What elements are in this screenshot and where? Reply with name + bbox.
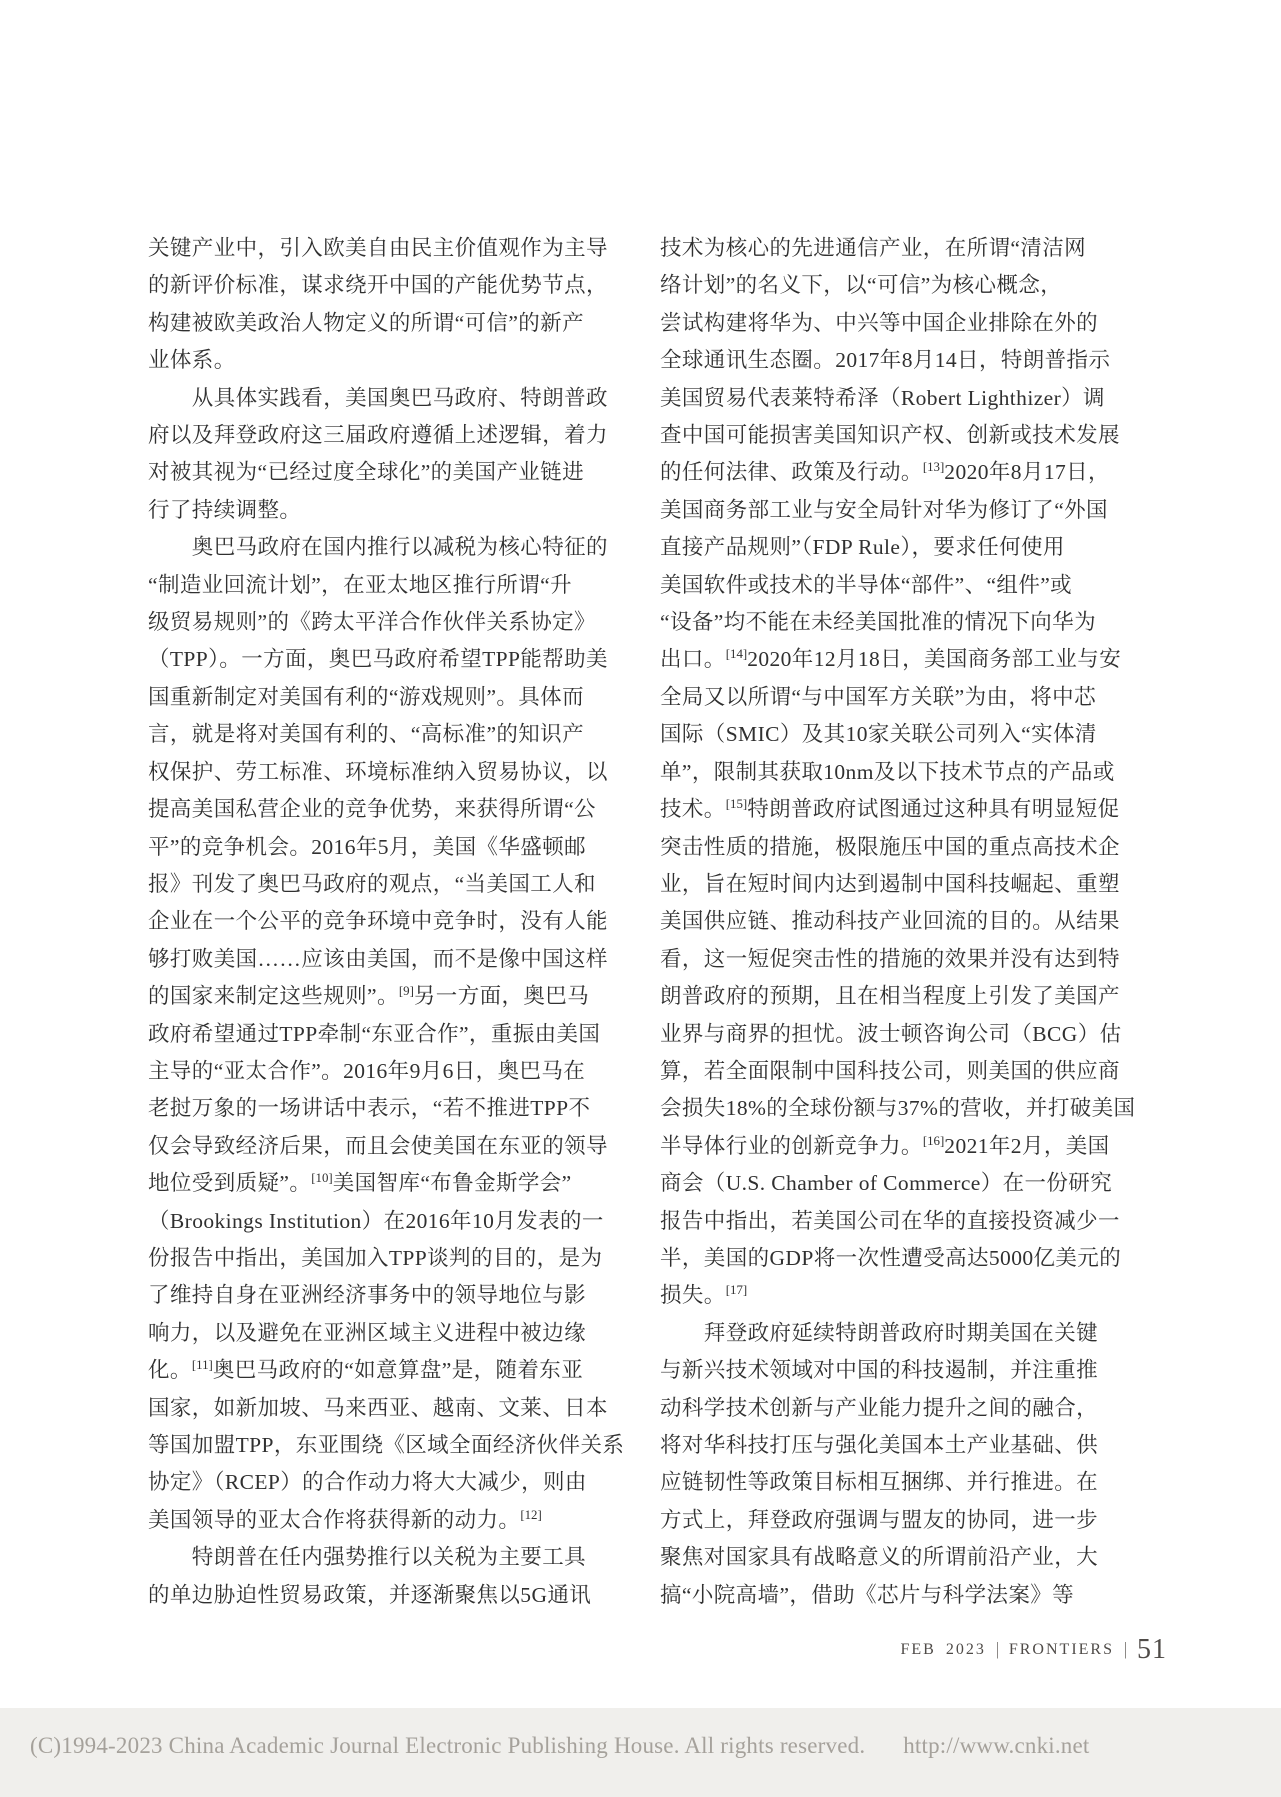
text-line: 商会（U.S. Chamber of Commerce）在一份研究 bbox=[660, 1165, 1148, 1202]
footer-page-number: 51 bbox=[1137, 1634, 1167, 1666]
page-footer: FEB 2023 | FRONTIERS | 51 bbox=[901, 1634, 1168, 1666]
text-line: 出口。[14]2020年12月18日，美国商务部工业与安 bbox=[660, 641, 1148, 678]
text-line: 国重新制定对美国有利的“游戏规则”。具体而 bbox=[148, 679, 636, 716]
text-line: 等国加盟TPP，东亚围绕《区域全面经济伙伴关系 bbox=[148, 1427, 636, 1464]
text-line: 突击性质的措施，极限施压中国的重点高技术企 bbox=[660, 829, 1148, 866]
text-line: 级贸易规则”的《跨太平洋合作伙伴关系协定》 bbox=[148, 604, 636, 641]
text-line: 够打败美国……应该由美国，而不是像中国这样 bbox=[148, 941, 636, 978]
text-line: 美国供应链、推动科技产业回流的目的。从结果 bbox=[660, 903, 1148, 940]
text-line: 与新兴技术领域对中国的科技遏制，并注重推 bbox=[660, 1352, 1148, 1389]
text-line: 半导体行业的创新竞争力。[16]2021年2月，美国 bbox=[660, 1128, 1148, 1165]
text-line: 算，若全面限制中国科技公司，则美国的供应商 bbox=[660, 1053, 1148, 1090]
text-line: “设备”均不能在未经美国批准的情况下向华为 bbox=[660, 604, 1148, 641]
text-line: 拜登政府延续特朗普政府时期美国在关键 bbox=[660, 1315, 1148, 1352]
text-line: 美国软件或技术的半导体“部件”、“组件”或 bbox=[660, 567, 1148, 604]
text-line: 报告中指出，若美国公司在华的直接投资减少一 bbox=[660, 1203, 1148, 1240]
text-line: 的新评价标准，谋求绕开中国的产能优势节点， bbox=[148, 267, 636, 304]
text-line: （Brookings Institution）在2016年10月发表的一 bbox=[148, 1203, 636, 1240]
text-line: 会损失18%的全球份额与37%的营收，并打破美国 bbox=[660, 1090, 1148, 1127]
text-line: 美国领导的亚太合作将获得新的动力。[12] bbox=[148, 1502, 636, 1539]
text-line: （TPP）。一方面，奥巴马政府希望TPP能帮助美 bbox=[148, 641, 636, 678]
text-line: 应链韧性等政策目标相互捆绑、并行推进。在 bbox=[660, 1464, 1148, 1501]
text-line: 响力，以及避免在亚洲区域主义进程中被边缘 bbox=[148, 1315, 636, 1352]
text-line: 技术。[15]特朗普政府试图通过这种具有明显短促 bbox=[660, 791, 1148, 828]
text-line: 政府希望通过TPP牵制“东亚合作”，重振由美国 bbox=[148, 1016, 636, 1053]
text-line: 业体系。 bbox=[148, 342, 636, 379]
text-line: 业界与商界的担忧。波士顿咨询公司（BCG）估 bbox=[660, 1016, 1148, 1053]
text-line: 老挝万象的一场讲话中表示，“若不推进TPP不 bbox=[148, 1090, 636, 1127]
text-line: 直接产品规则”（FDP Rule），要求任何使用 bbox=[660, 529, 1148, 566]
footer-journal-name: FRONTIERS bbox=[1009, 1641, 1114, 1659]
text-line: 美国贸易代表莱特希泽（Robert Lighthizer）调 bbox=[660, 380, 1148, 417]
text-line: 看，这一短促突击性的措施的效果并没有达到特 bbox=[660, 941, 1148, 978]
text-line: 仅会导致经济后果，而且会使美国在东亚的领导 bbox=[148, 1128, 636, 1165]
footer-separator: | bbox=[996, 1640, 999, 1660]
text-line: 府以及拜登政府这三届政府遵循上述逻辑，着力 bbox=[148, 417, 636, 454]
text-line: 将对华科技打压与强化美国本土产业基础、供 bbox=[660, 1427, 1148, 1464]
text-column-left: 关键产业中，引入欧美自由民主价值观作为主导的新评价标准，谋求绕开中国的产能优势节… bbox=[148, 230, 636, 1614]
text-line: 报》刊发了奥巴马政府的观点，“当美国工人和 bbox=[148, 866, 636, 903]
text-line: 奥巴马政府在国内推行以减税为核心特征的 bbox=[148, 529, 636, 566]
text-line: 国际（SMIC）及其10家关联公司列入“实体清 bbox=[660, 716, 1148, 753]
copyright-bar: (C)1994-2023 China Academic Journal Elec… bbox=[0, 1708, 1281, 1797]
text-line: 技术为核心的先进通信产业，在所谓“清洁网 bbox=[660, 230, 1148, 267]
text-line: 的单边胁迫性贸易政策，并逐渐聚焦以5G通讯 bbox=[148, 1577, 636, 1614]
text-line: 损失。[17] bbox=[660, 1277, 1148, 1314]
text-line: 搞“小院高墙”，借助《芯片与科学法案》等 bbox=[660, 1577, 1148, 1614]
text-line: 全球通讯生态圈。2017年8月14日，特朗普指示 bbox=[660, 342, 1148, 379]
text-line: 协定》（RCEP）的合作动力将大大减少，则由 bbox=[148, 1464, 636, 1501]
text-line: 美国商务部工业与安全局针对华为修订了“外国 bbox=[660, 492, 1148, 529]
text-line: 聚焦对国家具有战略意义的所谓前沿产业，大 bbox=[660, 1539, 1148, 1576]
copyright-text: (C)1994-2023 China Academic Journal Elec… bbox=[30, 1733, 865, 1758]
text-line: 平”的竞争机会。2016年5月，美国《华盛顿邮 bbox=[148, 829, 636, 866]
footer-issue: FEB 2023 bbox=[901, 1641, 986, 1659]
text-line: 的任何法律、政策及行动。[13]2020年8月17日， bbox=[660, 454, 1148, 491]
text-line: 提高美国私营企业的竞争优势，来获得所谓“公 bbox=[148, 791, 636, 828]
copyright-url: http://www.cnki.net bbox=[903, 1733, 1089, 1758]
text-line: 尝试构建将华为、中兴等中国企业排除在外的 bbox=[660, 305, 1148, 342]
text-line: 主导的“亚太合作”。2016年9月6日，奥巴马在 bbox=[148, 1053, 636, 1090]
text-line: 关键产业中，引入欧美自由民主价值观作为主导 bbox=[148, 230, 636, 267]
footer-separator: | bbox=[1124, 1640, 1127, 1660]
text-line: 特朗普在任内强势推行以关税为主要工具 bbox=[148, 1539, 636, 1576]
text-line: 化。[11]奥巴马政府的“如意算盘”是，随着东亚 bbox=[148, 1352, 636, 1389]
text-line: 的国家来制定这些规则”。[9]另一方面，奥巴马 bbox=[148, 978, 636, 1015]
text-line: 全局又以所谓“与中国军方关联”为由，将中芯 bbox=[660, 679, 1148, 716]
text-line: 地位受到质疑”。[10]美国智库“布鲁金斯学会” bbox=[148, 1165, 636, 1202]
text-line: “制造业回流计划”，在亚太地区推行所谓“升 bbox=[148, 567, 636, 604]
text-line: 查中国可能损害美国知识产权、创新或技术发展 bbox=[660, 417, 1148, 454]
text-line: 权保护、劳工标准、环境标准纳入贸易协议，以 bbox=[148, 754, 636, 791]
text-line: 半，美国的GDP将一次性遭受高达5000亿美元的 bbox=[660, 1240, 1148, 1277]
text-line: 企业在一个公平的竞争环境中竞争时，没有人能 bbox=[148, 903, 636, 940]
text-line: 言，就是将对美国有利的、“高标准”的知识产 bbox=[148, 716, 636, 753]
text-line: 了维持自身在亚洲经济事务中的领导地位与影 bbox=[148, 1277, 636, 1314]
text-line: 朗普政府的预期，且在相当程度上引发了美国产 bbox=[660, 978, 1148, 1015]
text-column-right: 技术为核心的先进通信产业，在所谓“清洁网络计划”的名义下，以“可信”为核心概念，… bbox=[660, 230, 1148, 1614]
text-line: 国家，如新加坡、马来西亚、越南、文莱、日本 bbox=[148, 1390, 636, 1427]
text-line: 行了持续调整。 bbox=[148, 492, 636, 529]
text-line: 单”，限制其获取10nm及以下技术节点的产品或 bbox=[660, 754, 1148, 791]
journal-page: 关键产业中，引入欧美自由民主价值观作为主导的新评价标准，谋求绕开中国的产能优势节… bbox=[0, 0, 1281, 1797]
text-line: 对被其视为“已经过度全球化”的美国产业链进 bbox=[148, 454, 636, 491]
text-line: 从具体实践看，美国奥巴马政府、特朗普政 bbox=[148, 380, 636, 417]
text-line: 业，旨在短时间内达到遏制中国科技崛起、重塑 bbox=[660, 866, 1148, 903]
text-line: 方式上，拜登政府强调与盟友的协同，进一步 bbox=[660, 1502, 1148, 1539]
text-line: 动科学技术创新与产业能力提升之间的融合， bbox=[660, 1390, 1148, 1427]
text-line: 络计划”的名义下，以“可信”为核心概念， bbox=[660, 267, 1148, 304]
text-line: 份报告中指出，美国加入TPP谈判的目的，是为 bbox=[148, 1240, 636, 1277]
text-line: 构建被欧美政治人物定义的所谓“可信”的新产 bbox=[148, 305, 636, 342]
